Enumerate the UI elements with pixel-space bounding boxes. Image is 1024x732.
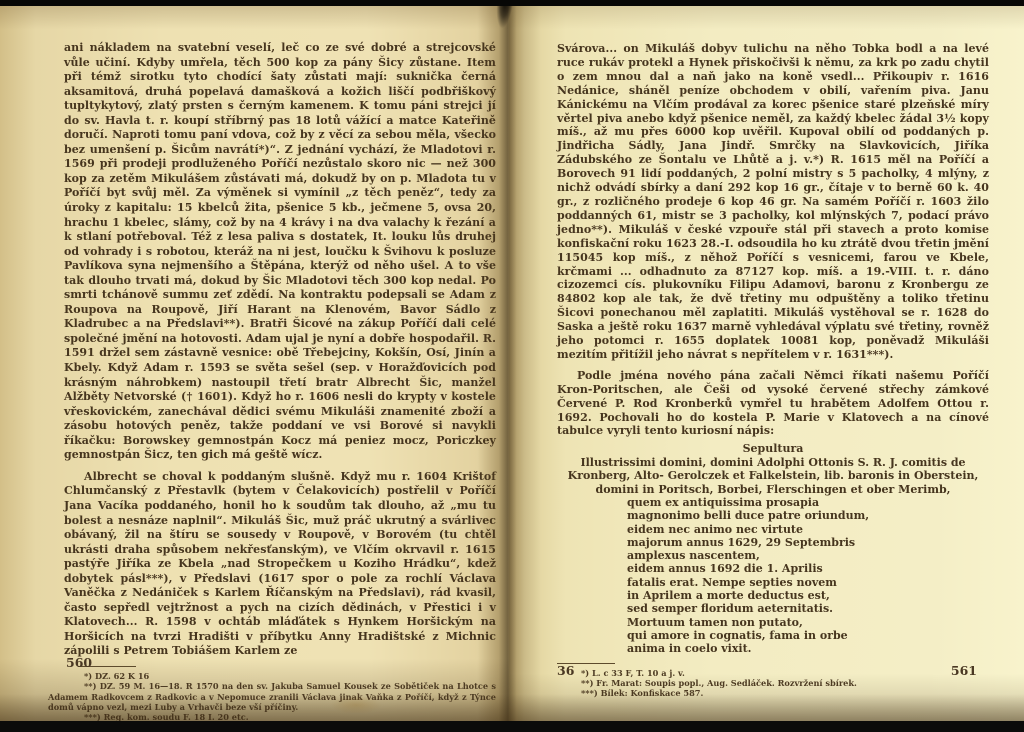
left-paragraph-1: ani nákladem na svatební veselí, leč co … xyxy=(64,41,496,463)
right-page-number-row: 36 561 xyxy=(557,663,977,678)
right-page-number-left: 36 xyxy=(557,663,574,678)
epitaph-title: Sepultura xyxy=(557,442,989,455)
right-paragraph-2: Podle jména nového pána začali Němci řík… xyxy=(557,369,989,439)
left-page-number: 560 xyxy=(66,655,92,670)
right-page-text-column: Svárova... on Mikuláš dobyv tulichu na n… xyxy=(557,42,989,698)
epitaph-line: fatalis erat. Nempe septies novem xyxy=(627,576,989,589)
right-paragraph-1: Svárova... on Mikuláš dobyv tulichu na n… xyxy=(557,42,989,362)
left-footnote-1: *) DZ. 62 K 16 xyxy=(48,671,496,681)
left-paragraph-2: Albrecht se choval k poddaným slušně. Kd… xyxy=(64,470,496,659)
right-page-number-right: 561 xyxy=(951,663,977,678)
left-page: ani nákladem na svatební veselí, leč co … xyxy=(0,0,509,732)
right-footnote-2: **) Fr. Marat: Soupis popl., Aug. Sedláč… xyxy=(571,678,989,688)
epitaph-line: anima in coelo vixit. xyxy=(627,642,989,655)
epitaph-line: eidem annus 1692 die 1. Aprilis xyxy=(627,562,989,575)
scan-top-border xyxy=(0,0,1024,6)
epitaph-line: eidem nec animo nec virtute xyxy=(627,523,989,536)
epitaph-intro: Illustrissimi domini, domini Adolphi Ott… xyxy=(557,456,989,496)
epitaph-verse: quem ex antiquissima prosapia magnonimo … xyxy=(557,496,989,656)
epitaph-line: amplexus nascentem, xyxy=(627,549,989,562)
epitaph-line: qui amore in cognatis, fama in orbe xyxy=(627,629,989,642)
right-footnote-3: ***) Bílek: Konfiskace 587. xyxy=(571,688,989,698)
left-page-text-column: ani nákladem na svatební veselí, leč co … xyxy=(64,41,496,722)
epitaph-line: majorum annus 1629, 29 Septembris xyxy=(627,536,989,549)
scan-bottom-border xyxy=(0,721,1024,732)
epitaph-line: magnonimo belli duce patre oriundum, xyxy=(627,509,989,522)
epitaph-line: sed semper floridum aeternitatis. xyxy=(627,602,989,615)
book-scan: ani nákladem na svatební veselí, leč co … xyxy=(0,0,1024,732)
epitaph-line: quem ex antiquissima prosapia xyxy=(627,496,989,509)
left-footnote-2: **) DZ. 59 M. 16—18. R 1570 na den sv. J… xyxy=(48,681,496,712)
epitaph-line: in Aprilem a morte deductus est, xyxy=(627,589,989,602)
epitaph-line: Mortuum tamen non putato, xyxy=(627,616,989,629)
